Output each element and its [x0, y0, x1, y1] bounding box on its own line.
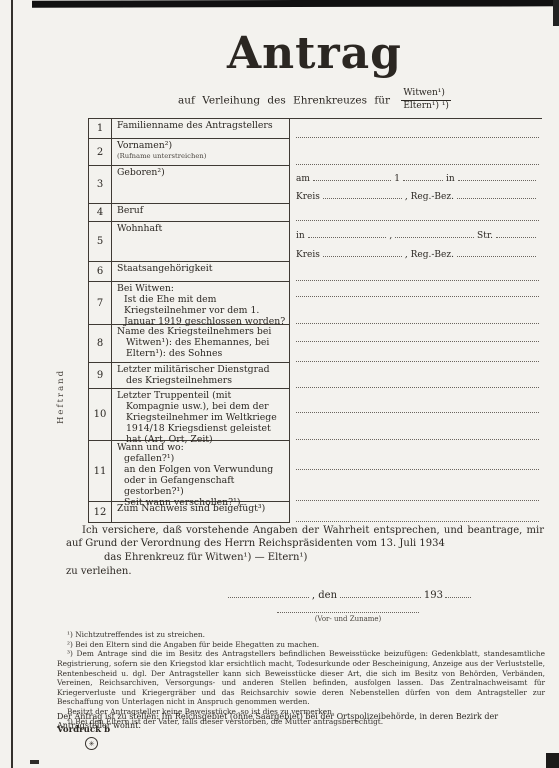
form-row-3: 3 Geboren²) am 1 in Kreis , Reg.-Bez. [89, 166, 542, 204]
form-row-2: 2 Vornamen²) (Rufname unterstreichen) [89, 139, 542, 166]
form-row-10: 10 Letzter Truppenteil (mit Kompagnie us… [89, 389, 542, 441]
fill-line [323, 246, 402, 257]
fill-line [296, 220, 539, 221]
fill-line [296, 500, 539, 501]
declaration-text: Ich versichere, daß vorstehende Angaben … [66, 524, 544, 550]
row-number: 7 [89, 282, 112, 325]
residence-district-line: Kreis , Reg.-Bez. [296, 246, 539, 260]
fill-line [296, 469, 539, 470]
form-row-11: 11 Wann und wo: gefallen?¹) an den Folge… [89, 441, 542, 502]
row-number: 12 [89, 502, 112, 523]
fill-line [403, 170, 443, 181]
fill-line [308, 227, 387, 238]
scan-edge-top [32, 0, 559, 8]
footnote-3: ³) Dem Antrage sind die im Besitz des An… [57, 649, 545, 707]
row-label: Wohnhaft [112, 222, 290, 262]
scan-edge-left [11, 0, 13, 768]
row-number: 1 [89, 119, 112, 139]
row-label: Letzter Truppenteil (mit Kompagnie usw.)… [112, 389, 290, 441]
form-row-8: 8 Name des Kriegsteilnehmers bei Witwen¹… [89, 325, 542, 363]
fill-line [296, 164, 539, 165]
year-prefix: 193 [424, 590, 443, 601]
field-word-kreis: Kreis [296, 250, 320, 260]
row-label: Beruf [112, 204, 290, 222]
row-number: 10 [89, 389, 112, 441]
row-label: Vornamen²) (Rufname unterstreichen) [112, 139, 290, 166]
form-row-9: 9 Letzter militärischer Dienstgrad des K… [89, 363, 542, 389]
row-number: 8 [89, 325, 112, 363]
answer-area [290, 325, 542, 363]
row-number: 9 [89, 363, 112, 389]
row-label: Familienname des Antragstellers [112, 119, 290, 139]
fill-line [296, 387, 539, 388]
row-label: Name des Kriegsteilnehmers bei Witwen¹):… [112, 325, 290, 363]
row-number: 6 [89, 262, 112, 282]
form-row-1: 1 Familienname des Antragstellers [89, 119, 542, 139]
footnote-1: ¹) Nichtzutreffendes ist zu streichen. [57, 630, 545, 640]
answer-area [290, 119, 542, 139]
field-word-am: am [296, 174, 310, 184]
answer-area [290, 204, 542, 222]
field-word-regbez: , Reg.-Bez. [405, 192, 454, 202]
answer-area [290, 502, 542, 523]
row-label: Staatsangehörigkeit [112, 262, 290, 282]
row-label-question: Ist die Ehe mit dem Kriegsteilnehmer vor… [117, 295, 286, 328]
fill-line [395, 227, 474, 238]
row-label-died: an den Folgen von Verwundung oder in Gef… [117, 465, 286, 498]
answer-area [290, 441, 542, 502]
answer-area [290, 282, 542, 325]
fill-line [296, 412, 539, 413]
fill-line [296, 361, 539, 362]
fill-line [296, 296, 539, 297]
form-row-7: 7 Bei Witwen: Ist die Ehe mit dem Kriegs… [89, 282, 542, 325]
fill-line [296, 521, 539, 522]
form-row-12: 12 Zum Nachweis sind beigefügt³) [89, 502, 542, 523]
recipient-option-stack: Witwen¹) Eltern¹) ¹) [401, 88, 451, 113]
field-word-regbez: , Reg.-Bez. [405, 250, 454, 260]
scan-corner-bottom-right [546, 753, 559, 768]
answer-area [290, 139, 542, 166]
row-number: 3 [89, 166, 112, 204]
field-word-in: in [446, 174, 455, 184]
signature-caption: (Vor- und Zuname) [277, 615, 419, 623]
row-number: 4 [89, 204, 112, 222]
printer-seal-icon: ✳ [85, 737, 98, 750]
form-row-4: 4 Beruf [89, 204, 542, 222]
answer-area [290, 389, 542, 441]
answer-area [290, 363, 542, 389]
page-title: Antrag [88, 28, 541, 79]
row-number: 2 [89, 139, 112, 166]
answer-area: in , Str. Kreis , Reg.-Bez. [290, 222, 542, 262]
binding-margin-label: Heftrand [56, 352, 66, 424]
row-label: Bei Witwen: Ist die Ehe mit dem Kriegste… [112, 282, 290, 325]
scanned-form-page: Antrag auf Verleihung des Ehrenkreuzes f… [0, 0, 559, 768]
form-id-label: Vordruck b [57, 725, 110, 735]
declaration-block: Ich versichere, daß vorstehende Angaben … [66, 524, 544, 578]
scan-edge-right [553, 0, 559, 26]
submission-note: Der Antrag ist zu stellen: Im Reichsgebi… [57, 712, 545, 730]
row-label: Letzter militärischer Dienstgrad des Kri… [112, 363, 290, 389]
scan-mark-bottom-left [30, 760, 39, 764]
row-sublabel: (Rufname unterstreichen) [117, 152, 286, 160]
born-date-line: am 1 in [296, 170, 539, 184]
fill-line [496, 227, 536, 238]
footnote-2: ²) Bei den Eltern sind die Angaben für b… [57, 640, 545, 650]
residence-line: in , Str. [296, 227, 539, 241]
fill-line [323, 188, 402, 199]
form-row-6: 6 Staatsangehörigkeit [89, 262, 542, 282]
subtitle-prefix: auf Verleihung des Ehrenkreuzes für [178, 94, 390, 106]
fill-line [296, 439, 539, 440]
row-label: Zum Nachweis sind beigefügt³) [112, 502, 290, 523]
fill-line [457, 246, 536, 257]
field-word-kreis: Kreis [296, 192, 320, 202]
field-comma: , [389, 231, 392, 241]
option-parents: Eltern¹) ¹) [401, 101, 451, 112]
year-fill-line [445, 586, 471, 598]
born-district-line: Kreis , Reg.-Bez. [296, 188, 539, 202]
place-date-line: , den 193 [225, 586, 473, 601]
fill-line [296, 323, 539, 324]
signature-line [277, 612, 419, 613]
field-word-year-prefix: 1 [394, 174, 400, 184]
row-number: 5 [89, 222, 112, 262]
application-form-table: 1 Familienname des Antragstellers 2 Vorn… [88, 118, 542, 523]
row-number: 11 [89, 441, 112, 502]
fill-line [458, 170, 536, 181]
date-word: , den [312, 590, 337, 601]
declaration-closing: zu verleihen. [66, 565, 544, 578]
fill-line [296, 280, 539, 281]
row-label: Wann und wo: gefallen?¹) an den Folgen v… [112, 441, 290, 502]
fill-line [296, 137, 539, 138]
option-widows: Witwen¹) [401, 88, 451, 101]
page-subtitle: auf Verleihung des Ehrenkreuzes für Witw… [88, 88, 541, 113]
fill-line [313, 170, 391, 181]
fill-line [457, 188, 536, 199]
field-word-str: Str. [477, 231, 493, 241]
date-fill-line [340, 586, 421, 598]
place-fill-line [228, 586, 309, 598]
field-word-in: in [296, 231, 305, 241]
fill-line [296, 341, 539, 342]
grant-line: das Ehrenkreuz für Witwen¹) — Eltern¹) [104, 551, 544, 564]
answer-area [290, 262, 542, 282]
row-label: Geboren²) [112, 166, 290, 204]
answer-area: am 1 in Kreis , Reg.-Bez. [290, 166, 542, 204]
form-row-5: 5 Wohnhaft in , Str. Kreis , Reg.-Bez. [89, 222, 542, 262]
